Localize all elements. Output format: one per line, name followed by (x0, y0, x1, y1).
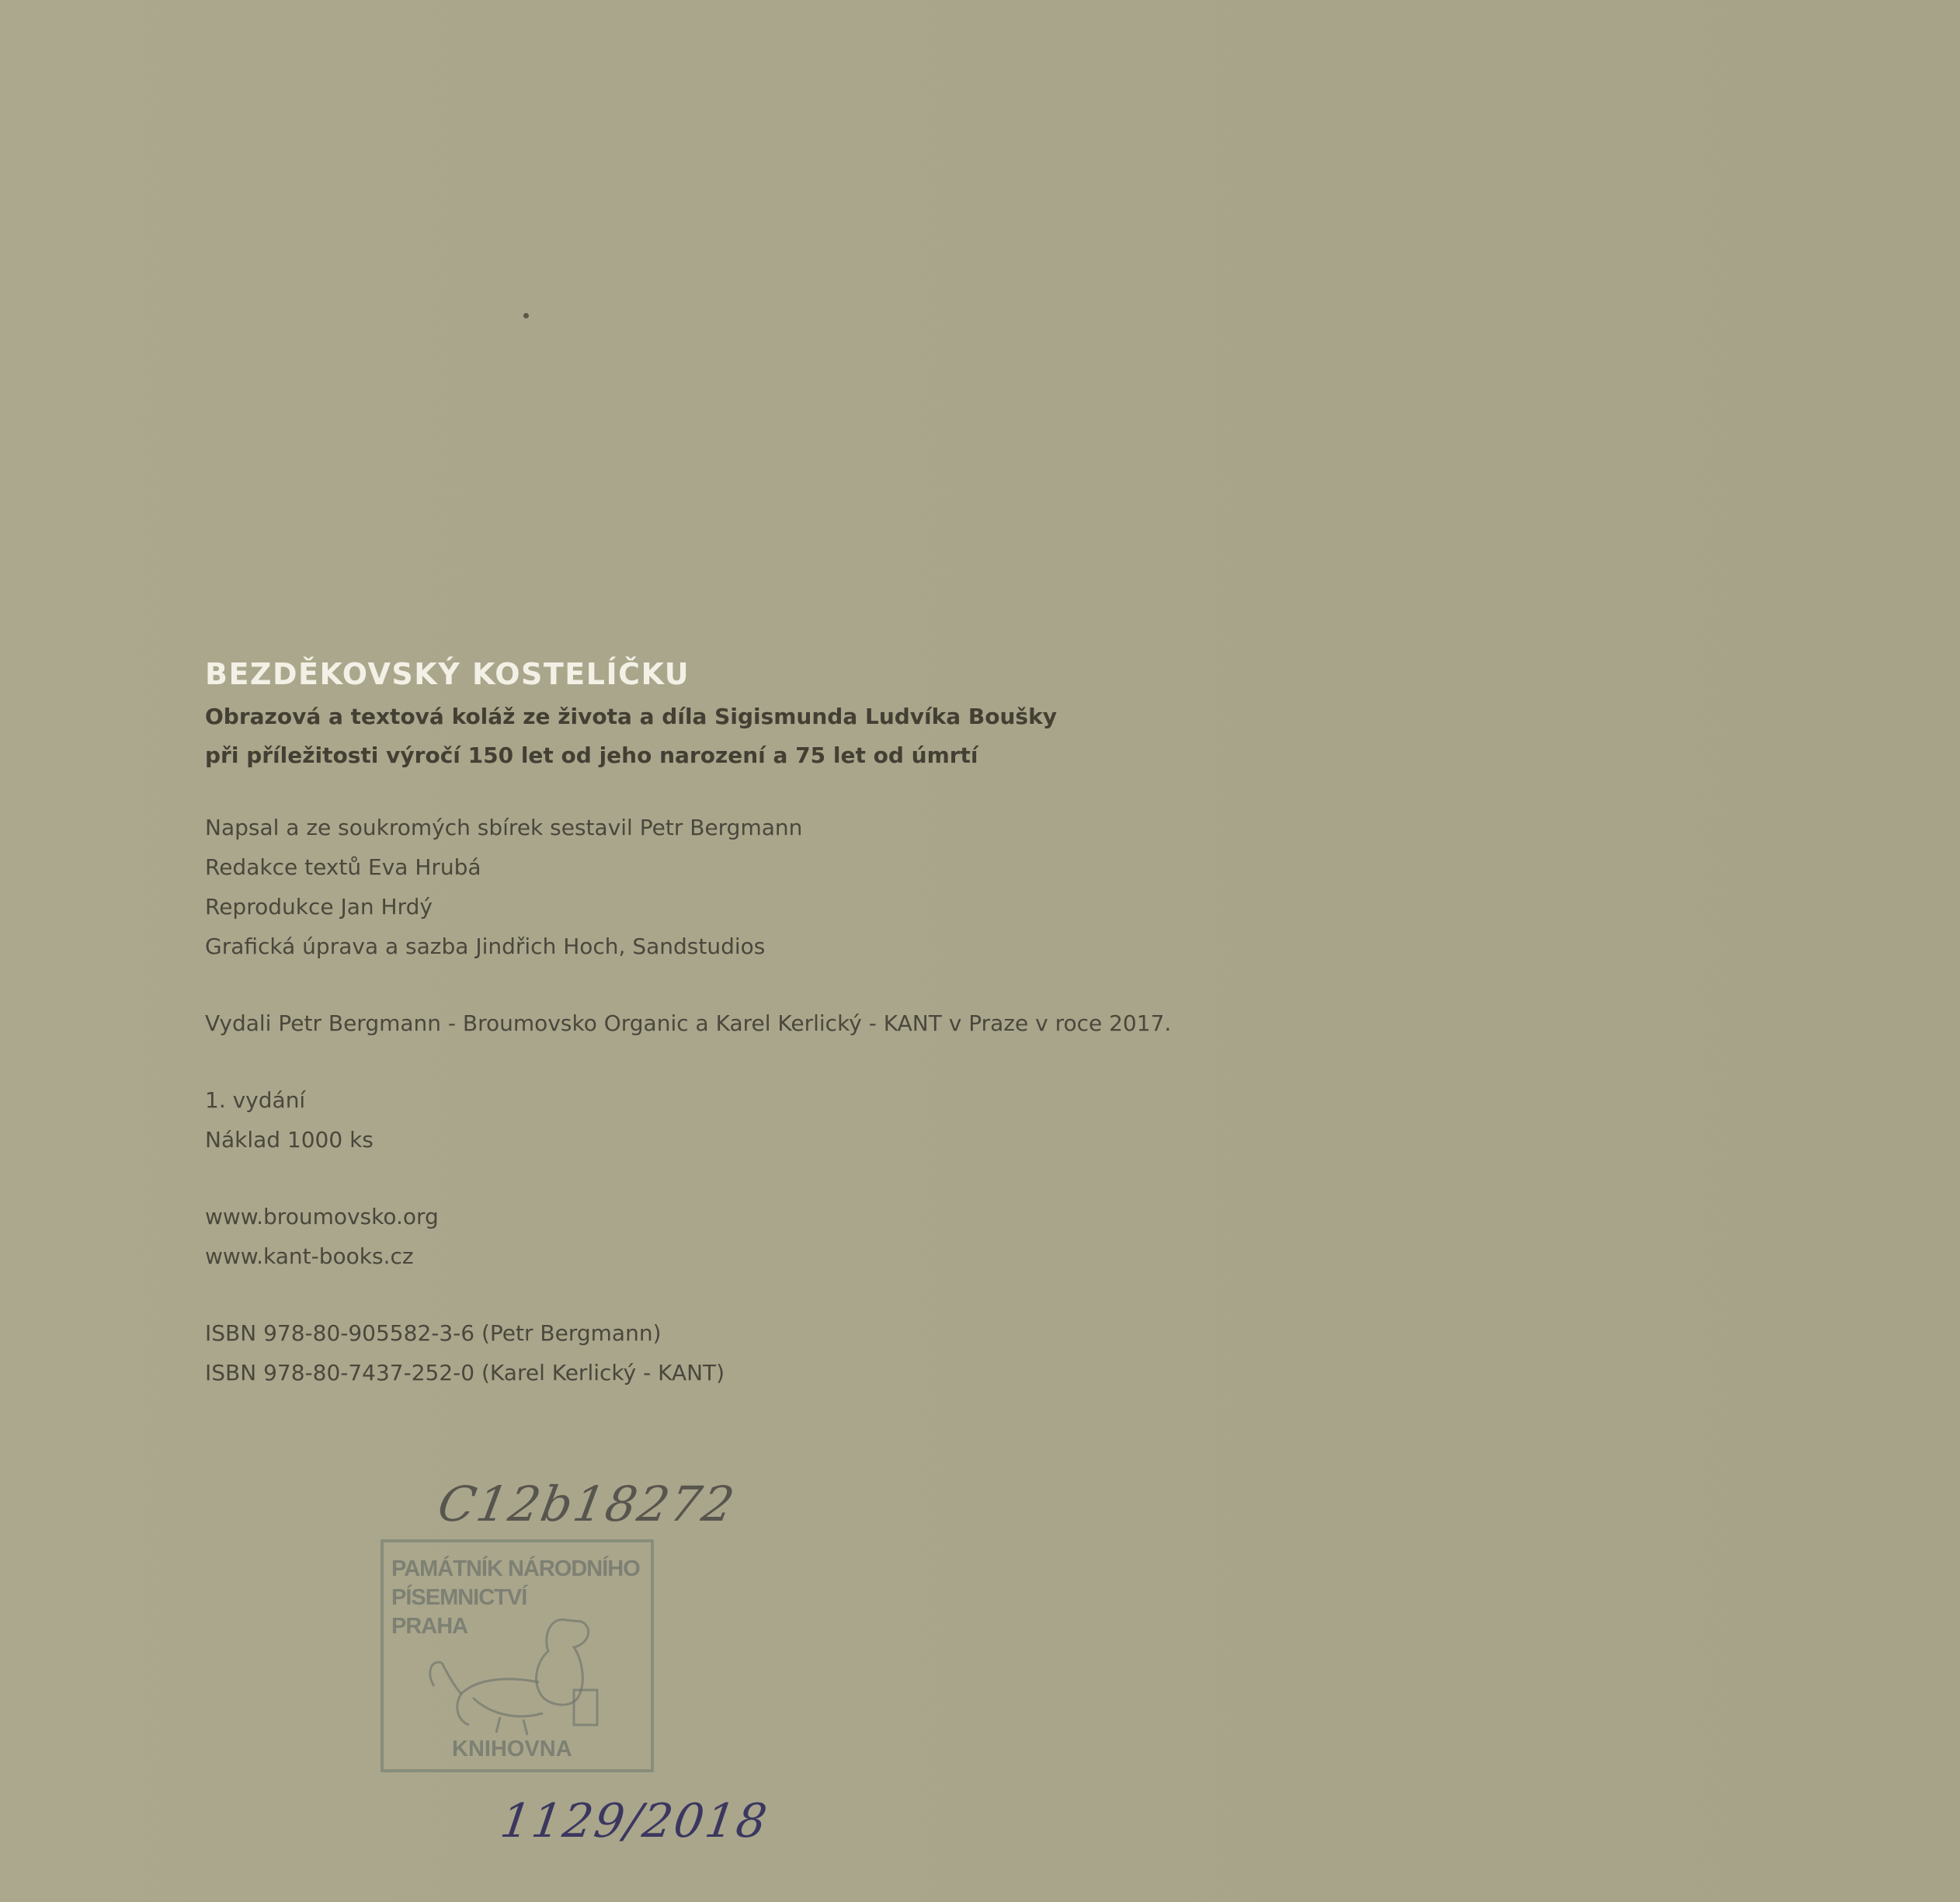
library-stamp: PAMÁTNÍK NÁRODNÍHO PÍSEMNICTVÍ PRAHA KNI… (381, 1539, 654, 1772)
subtitle-line-1: Obrazová a textová koláž ze života a díl… (205, 697, 1370, 736)
credits: Napsal a ze soukromých sbírek sestavil P… (205, 808, 1370, 966)
paper-speck (523, 313, 529, 318)
credit-design: Grafická úprava a sazba Jindřich Hoch, S… (205, 927, 1370, 966)
print-run: Náklad 1000 ks (205, 1120, 1370, 1160)
isbn-list: ISBN 978-80-905582-3-6 (Petr Bergmann) I… (205, 1313, 1370, 1393)
handwritten-accession-number: 1129/2018 (497, 1794, 771, 1848)
handwritten-shelf-mark: C12b18272 (434, 1476, 740, 1532)
stamp-line-4: KNIHOVNA (452, 1737, 572, 1762)
credit-reproduction: Reprodukce Jan Hrdý (205, 887, 1370, 927)
publisher-info: Vydali Petr Bergmann - Broumovsko Organi… (205, 1003, 1370, 1043)
publisher-line: Vydali Petr Bergmann - Broumovsko Organi… (205, 1003, 1370, 1043)
subtitle-line-2: při příležitosti výročí 150 let od jeho … (205, 736, 1370, 775)
lion-icon (415, 1605, 632, 1737)
edition: 1. vydání (205, 1080, 1370, 1120)
website-broumovsko[interactable]: www.broumovsko.org (205, 1197, 1370, 1236)
isbn-kant: ISBN 978-80-7437-252-0 (Karel Kerlický -… (205, 1353, 1370, 1393)
book-title: BEZDĚKOVSKÝ KOSTELÍČKU (205, 651, 1370, 697)
edition-info: 1. vydání Náklad 1000 ks (205, 1080, 1370, 1160)
colophon: BEZDĚKOVSKÝ KOSTELÍČKU Obrazová a textov… (205, 651, 1370, 1393)
book-page: BEZDĚKOVSKÝ KOSTELÍČKU Obrazová a textov… (0, 0, 1960, 1902)
website-kant[interactable]: www.kant-books.cz (205, 1236, 1370, 1276)
credit-editor: Redakce textů Eva Hrubá (205, 847, 1370, 887)
websites: www.broumovsko.org www.kant-books.cz (205, 1197, 1370, 1276)
credit-author: Napsal a ze soukromých sbírek sestavil P… (205, 808, 1370, 847)
stamp-line-1: PAMÁTNÍK NÁRODNÍHO (391, 1556, 640, 1582)
isbn-bergmann: ISBN 978-80-905582-3-6 (Petr Bergmann) (205, 1313, 1370, 1353)
